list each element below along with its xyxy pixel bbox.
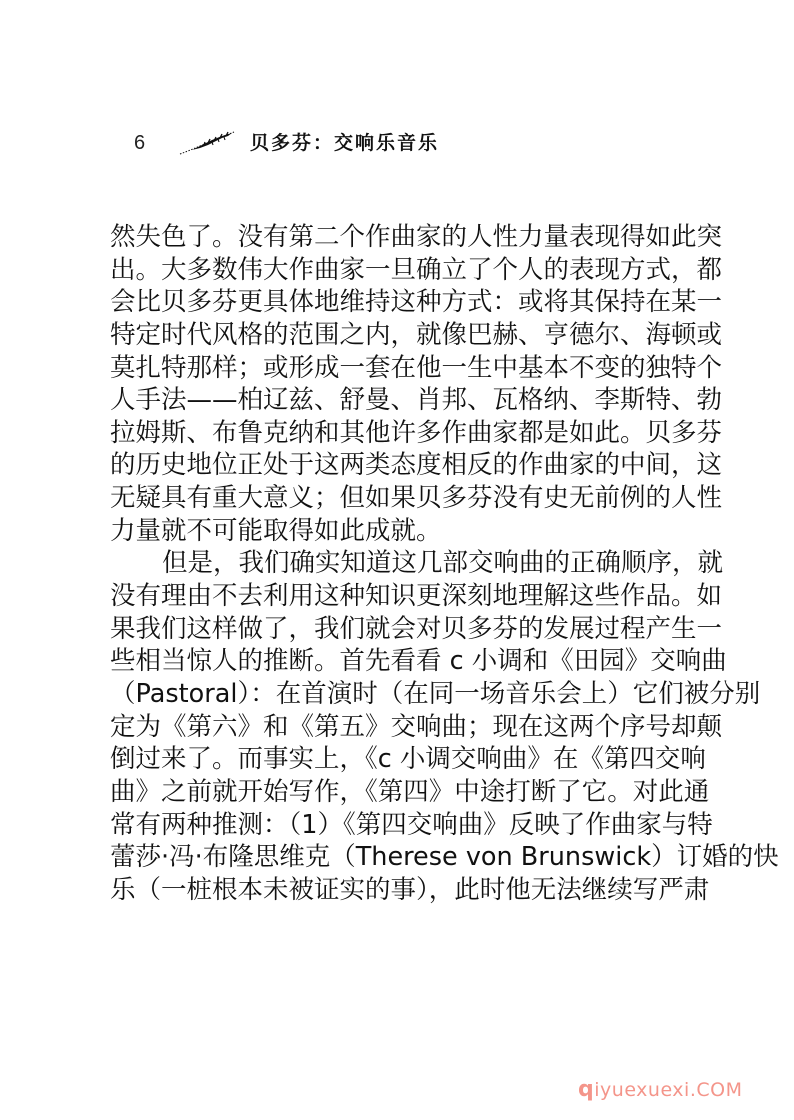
paragraph-start-line: 但是，我们确实知道这几部交响曲的正确顺序，就: [110, 547, 690, 580]
text-line: 人手法——柏辽兹、舒曼、肖邦、瓦格纳、李斯特、勃: [110, 384, 690, 417]
watermark-logo-q: q: [578, 1077, 594, 1102]
text-line: 些相当惊人的推断。首先看看 c 小调和《田园》交响曲: [110, 645, 690, 678]
running-title: 贝多芬：交响乐音乐: [250, 128, 439, 158]
text-line: 的历史地位正处于这两类态度相反的作曲家的中间，这: [110, 449, 690, 482]
text-line: 力量就不可能取得如此成就。: [110, 515, 690, 548]
text-line: 蕾莎·冯·布隆思维克（Therese von Brunswick）订婚的快: [110, 841, 690, 874]
page-number: 6: [134, 128, 145, 158]
text-line: 莫扎特那样；或形成一套在他一生中基本不变的独特个: [110, 352, 690, 385]
text-line: 无疑具有重大意义；但如果贝多芬没有史无前例的人性: [110, 482, 690, 515]
text-line: 乐（一桩根本未被证实的事），此时他无法继续写严肃: [110, 874, 690, 907]
watermark-text: iyuexuexi.COM: [594, 1079, 742, 1101]
text-line: 曲》之前就开始写作，《第四》中途打断了它。对此通: [110, 776, 690, 809]
text-line: 倒过来了。而事实上，《c 小调交响曲》在《第四交响: [110, 743, 690, 776]
text-line: 会比贝多芬更具体地维持这种方式：或将其保持在某一: [110, 286, 690, 319]
text-line: 拉姆斯、布鲁克纳和其他许多作曲家都是如此。贝多芬: [110, 417, 690, 450]
text-line: 然失色了。没有第二个作曲家的人性力量表现得如此突: [110, 221, 690, 254]
page-header: 6 贝多芬：交响乐音乐: [134, 128, 534, 158]
text-line: 常有两种推测：（1）《第四交响曲》反映了作曲家与特: [110, 809, 690, 842]
text-line: 出。大多数伟大作曲家一旦确立了个人的表现方式，都: [110, 254, 690, 287]
text-line: 特定时代风格的范围之内，就像巴赫、亨德尔、海顿或: [110, 319, 690, 352]
body-text: 然失色了。没有第二个作曲家的人性力量表现得如此突 出。大多数伟大作曲家一旦确立了…: [110, 221, 690, 906]
text-line: 定为《第六》和《第五》交响曲；现在这两个序号却颠: [110, 711, 690, 744]
text-line: 没有理由不去利用这种知识更深刻地理解这些作品。如: [110, 580, 690, 613]
site-watermark: qiyuexuexi.COM: [578, 1077, 743, 1102]
text-line: （Pastoral）：在首演时（在同一场音乐会上）它们被分别: [110, 678, 690, 711]
feather-quill-icon: [178, 130, 236, 156]
text-line: 果我们这样做了，我们就会对贝多芬的发展过程产生一: [110, 613, 690, 646]
